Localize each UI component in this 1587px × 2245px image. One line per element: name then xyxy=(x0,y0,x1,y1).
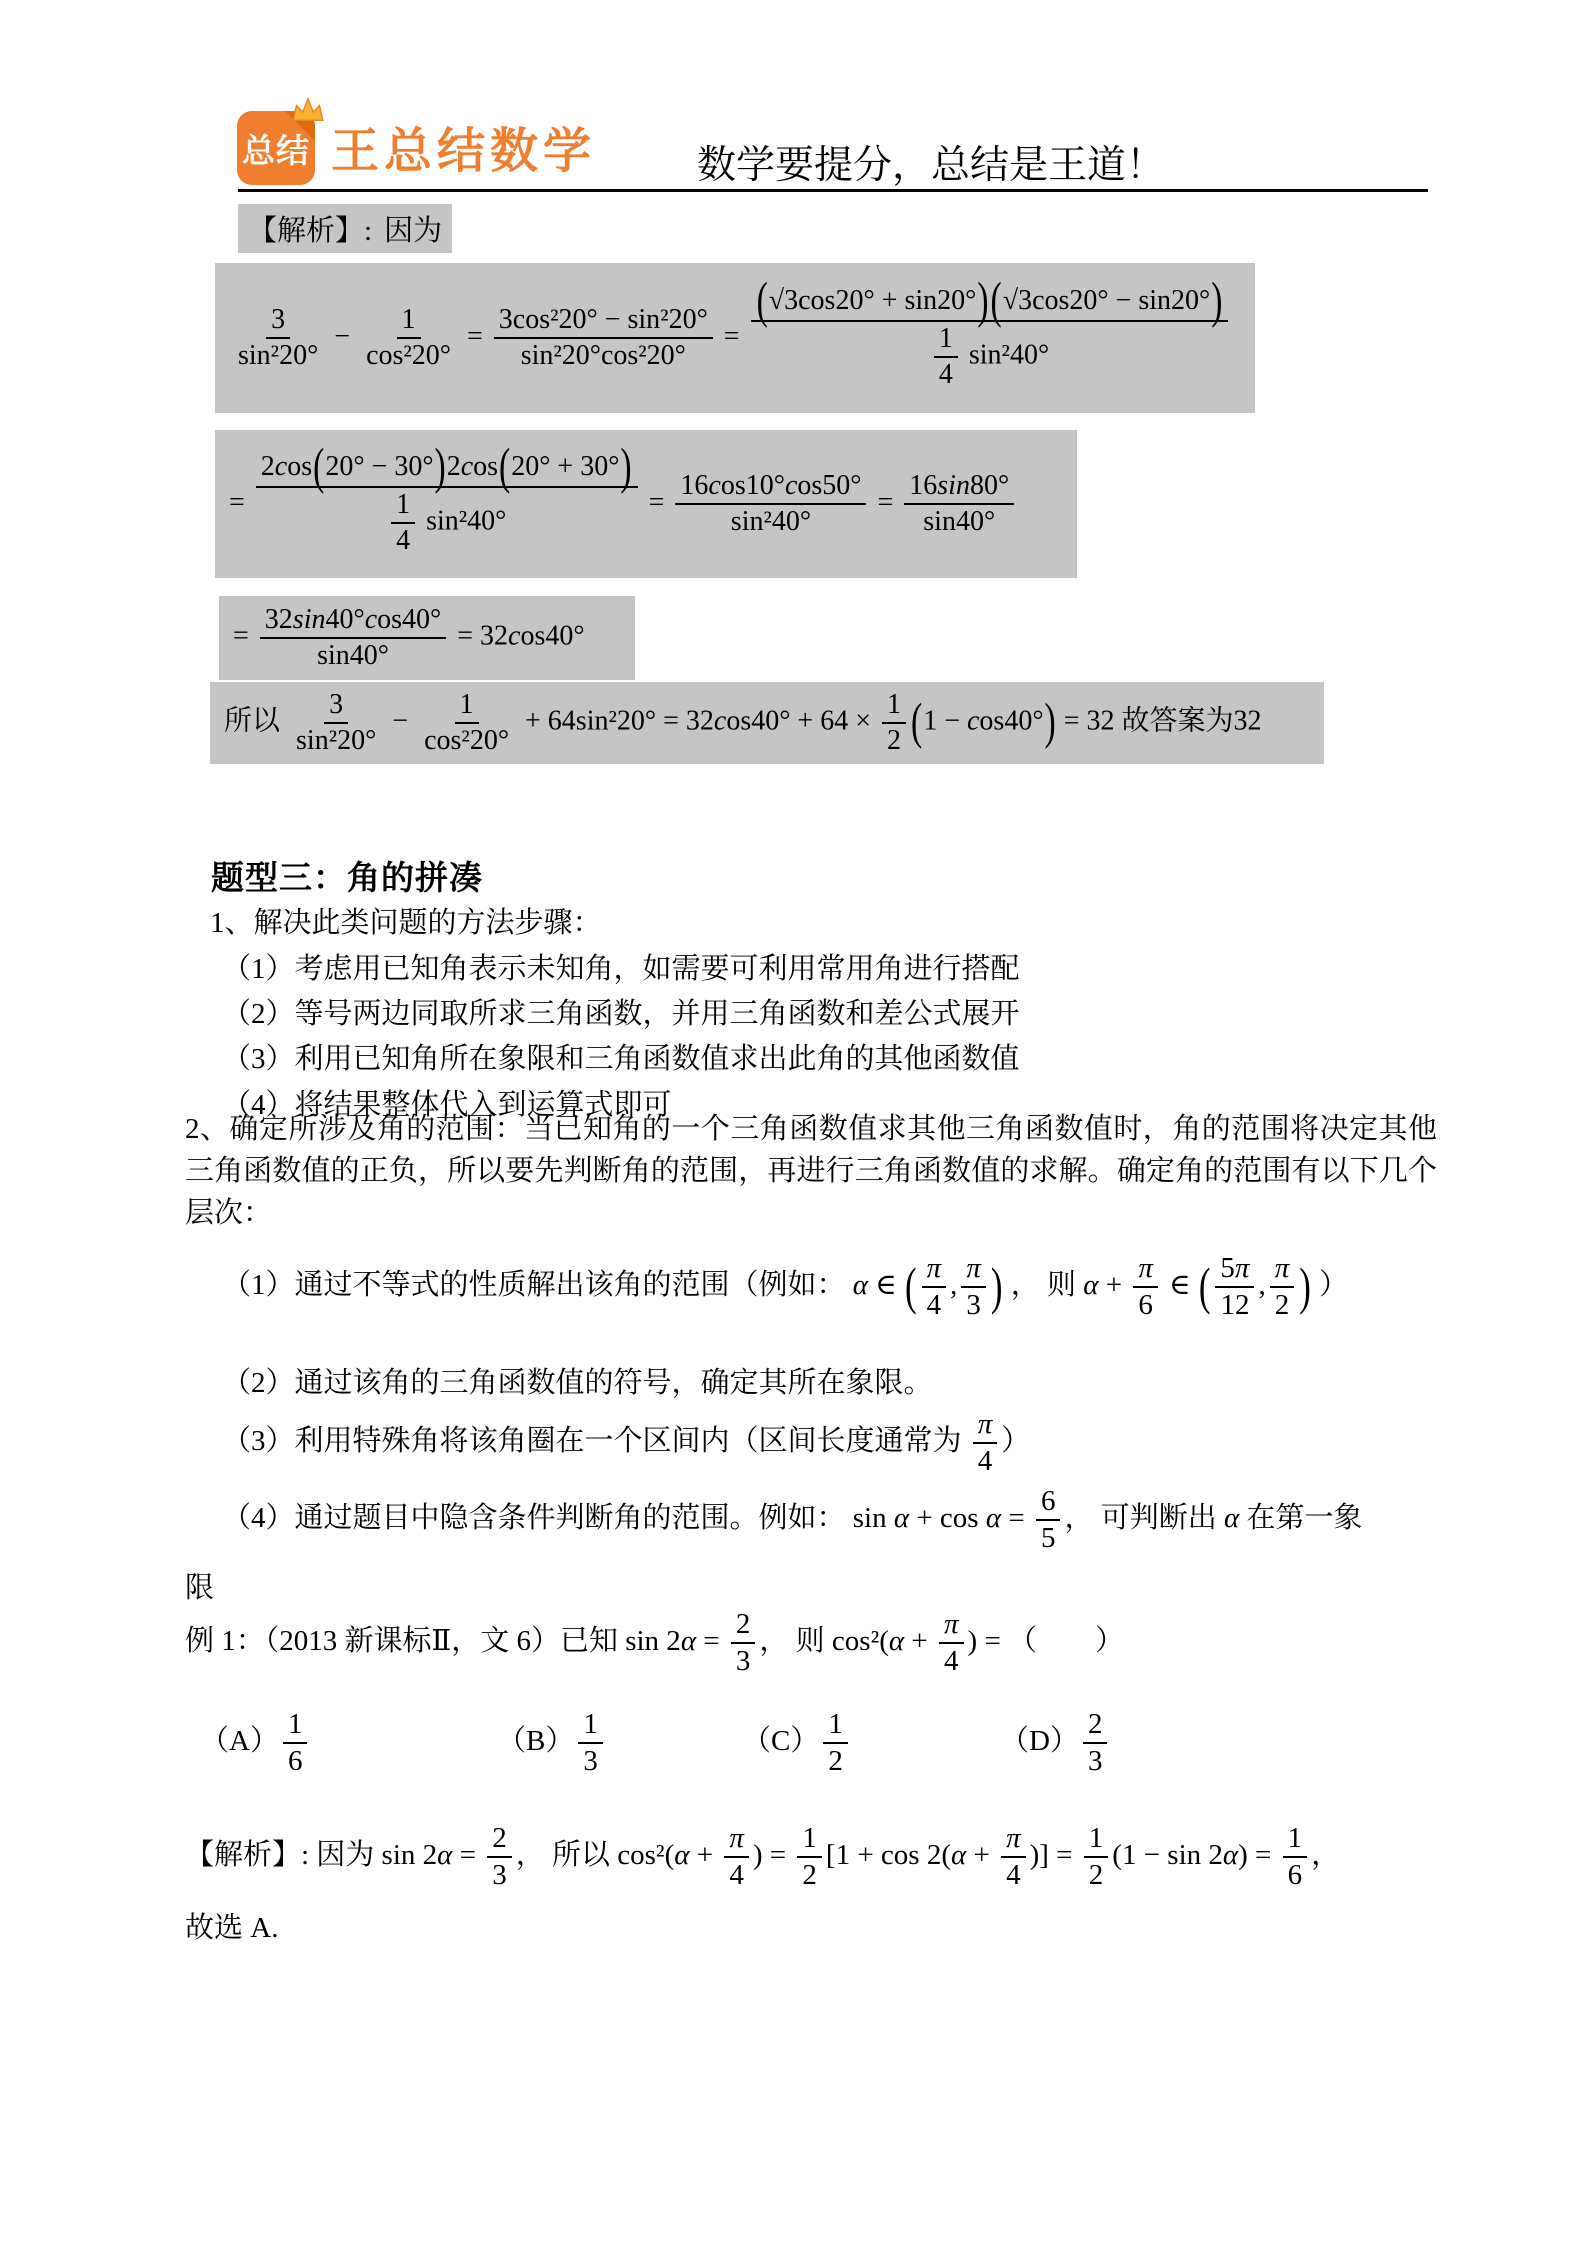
document-page: 总结 王总结数学 数学要提分，总结是王道！ 【解析】: 因为 3sin²20° … xyxy=(0,0,1587,2245)
range-item-1: （1）通过不等式的性质解出该角的范围（例如： α ∈ (π4,π3) ， 则 α… xyxy=(222,1252,1348,1323)
slogan-text: 数学要提分，总结是王道！ xyxy=(697,146,1165,185)
option-b: （B）13 xyxy=(497,1708,607,1779)
method-step-3: （3）利用已知角所在象限和三角函数值求出此角的其他函数值 xyxy=(222,1036,1020,1077)
formula-block-3: = 32sin40°cos40°sin40° = 32cos40° xyxy=(219,596,635,680)
range-item-1-text: （1）通过不等式的性质解出该角的范围（例如： α ∈ (π4,π3) ， 则 α… xyxy=(222,1269,1348,1301)
formula-3: = 32sin40°cos40°sin40° = 32cos40° xyxy=(233,604,585,672)
option-c-text: （C）12 xyxy=(742,1725,852,1757)
answer-conclusion: 故选 A. xyxy=(185,1905,278,1946)
analysis-intro-text: 因为 xyxy=(384,208,442,249)
method-intro: 1、解决此类问题的方法步骤： xyxy=(210,900,602,941)
example-1-analysis-text: 【解析】: 因为 sin 2α = 23， 所以 cos²(α + π4) = … xyxy=(185,1839,1340,1871)
brand-name: 王总结数学 xyxy=(331,112,596,181)
wrapped-char-line: 限 xyxy=(185,1565,214,1606)
option-a-text: （A）16 xyxy=(200,1725,311,1757)
range-item-2-text: （2）通过该角的三角函数值的符号，确定其所在象限。 xyxy=(222,1367,933,1399)
formula-block-1: 3sin²20° − 1cos²20° = 3cos²20° − sin²20°… xyxy=(215,263,1255,413)
option-c: （C）12 xyxy=(742,1708,852,1779)
range-item-3: （3）利用特殊角将该角圈在一个区间内（区间长度通常为 π4） xyxy=(222,1408,1030,1479)
analysis-label-line: 【解析】: 因为 xyxy=(238,204,452,253)
example-1-analysis: 【解析】: 因为 sin 2α = 23， 所以 cos²(α + π4) = … xyxy=(185,1822,1340,1893)
formula-block-2: = 2cos(20° − 30°)2cos(20° + 30°)14 sin²4… xyxy=(215,430,1077,578)
formula-4: 所以 3sin²20° − 1cos²20° + 64sin²20° = 32c… xyxy=(224,689,1262,757)
range-item-4: （4）通过题目中隐含条件判断角的范围。例如： sin α + cos α = 6… xyxy=(222,1485,1362,1556)
range-item-3-text: （3）利用特殊角将该角圈在一个区间内（区间长度通常为 π4） xyxy=(222,1425,1030,1457)
option-d-text: （D）23 xyxy=(1000,1725,1111,1757)
formula-1: 3sin²20° − 1cos²20° = 3cos²20° − sin²20°… xyxy=(229,285,1232,392)
formula-2: = 2cos(20° − 30°)2cos(20° + 30°)14 sin²4… xyxy=(229,451,1018,558)
example-1-text: 例 1：（2013 新课标Ⅱ，文 6）已知 sin 2α = 23， 则 cos… xyxy=(185,1625,1124,1657)
option-a: （A）16 xyxy=(200,1708,311,1779)
method-step-1: （1）考虑用已知角表示未知角，如需要可利用常用角进行搭配 xyxy=(222,946,1020,987)
method-step-2: （2）等号两边同取所求三角函数，并用三角函数和差公式展开 xyxy=(222,991,1020,1032)
option-d: （D）23 xyxy=(1000,1708,1111,1779)
header-rule xyxy=(238,189,1428,192)
option-b-text: （B）13 xyxy=(497,1725,607,1757)
range-item-4-text: （4）通过题目中隐含条件判断角的范围。例如： sin α + cos α = 6… xyxy=(222,1502,1362,1534)
section-heading: 题型三：角的拼凑 xyxy=(211,852,483,899)
range-paragraph: 2、确定所涉及角的范围：当已知角的一个三角函数值求其他三角函数值时，角的范围将决… xyxy=(185,1108,1437,1234)
brand-logo-icon: 总结 xyxy=(237,111,315,185)
range-item-2: （2）通过该角的三角函数值的符号，确定其所在象限。 xyxy=(222,1365,933,1401)
analysis-label: 【解析】: xyxy=(248,208,372,249)
example-1-question: 例 1：（2013 新课标Ⅱ，文 6）已知 sin 2α = 23， 则 cos… xyxy=(185,1608,1124,1679)
logo-badge-text: 总结 xyxy=(237,111,315,185)
formula-block-4: 所以 3sin²20° − 1cos²20° + 64sin²20° = 32c… xyxy=(210,682,1324,764)
